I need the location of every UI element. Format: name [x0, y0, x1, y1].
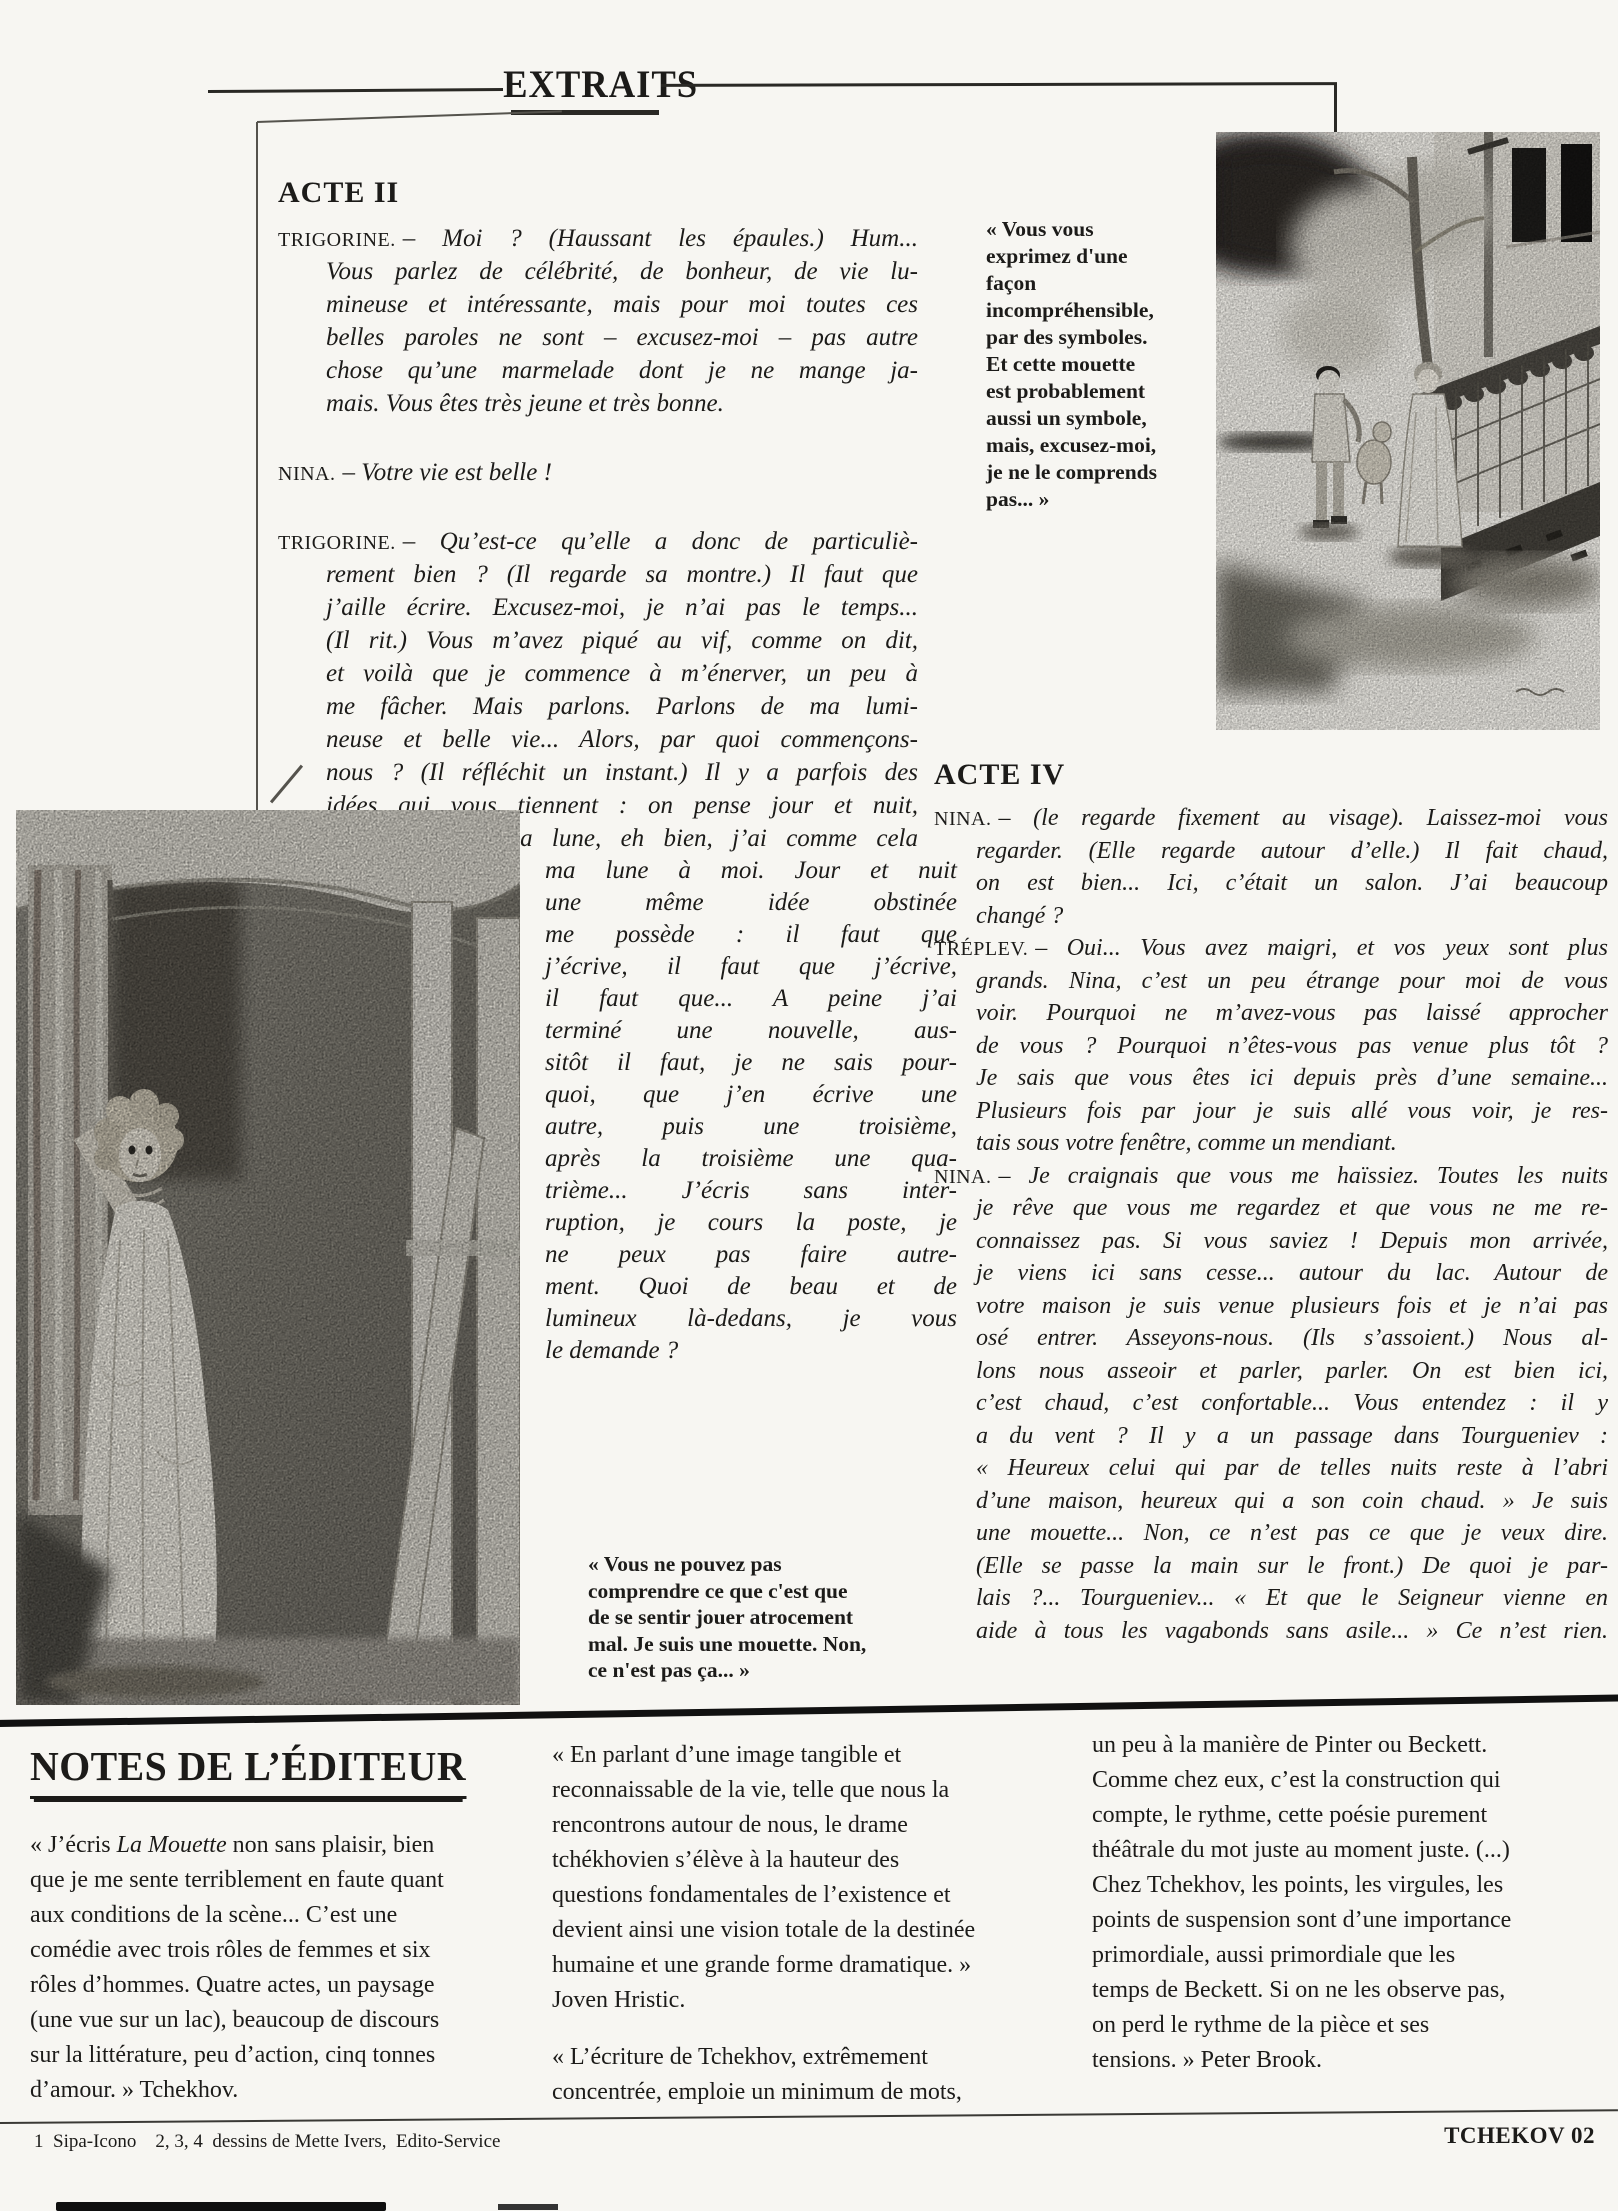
- illustration-top-right-svg: [1216, 132, 1600, 730]
- quote-line: façon: [986, 270, 1211, 297]
- dialogue-line: une mouette... Non, ce n’est pas ce que …: [934, 1517, 1608, 1550]
- scan-edge-bar: [56, 2202, 386, 2211]
- dialogue-line: – (le regarde fixement au visage). Laiss…: [999, 805, 1609, 831]
- notes-line: Chez Tchekhov, les points, les virgules,…: [1092, 1868, 1612, 1903]
- speech-trigorine-2: TRIGORINE.– Qu’est-ce qu’elle a donc de …: [278, 525, 918, 855]
- notes-line: comédie avec trois rôles de femmes et si…: [30, 1933, 530, 1968]
- dialogue-line: neuse et belle vie... Alors, par quoi co…: [278, 723, 918, 756]
- notes-column-2: « En parlant d’une image tangible et rec…: [552, 1738, 1062, 2110]
- dialogue-line: j’aille écrire. Excusez-moi, je n’ai pas…: [278, 591, 918, 624]
- quote-line: pas... »: [986, 486, 1211, 513]
- speaker-name: NINA.: [934, 808, 992, 830]
- notes-line: (une vue sur un lac), beaucoup de discou…: [30, 2003, 530, 2038]
- illustration-two-figures-by-veranda: [1216, 132, 1600, 730]
- notes-line: sur la littérature, peu d’action, cinq t…: [30, 2038, 530, 2073]
- dialogue-line: – Qu’est-ce qu’elle a donc de particuliè…: [403, 528, 918, 555]
- quote-line: aussi un symbole,: [986, 405, 1211, 432]
- footer-rule: [0, 2109, 1618, 2124]
- header-rule-right: [661, 82, 1337, 87]
- dialogue-line: de vous ? Pourquoi n’êtes-vous pas venue…: [934, 1030, 1608, 1063]
- dialogue-line: sitôt il faut, je ne sais pour-: [545, 1047, 957, 1079]
- dialogue-line: – Oui... Vous avez maigri, et vos yeux s…: [1035, 935, 1608, 961]
- notes-line: on perd le rythme de la pièce et ses: [1092, 2008, 1612, 2043]
- speaker-name: TRÉPLEV.: [934, 938, 1028, 960]
- notes-line: un peu à la manière de Pinter ou Beckett…: [1092, 1728, 1612, 1763]
- quote-line: ce n'est pas ça... »: [588, 1657, 928, 1684]
- scan-edge-bar-small: [498, 2204, 558, 2210]
- notes-line: aux conditions de la scène... C’est une: [30, 1898, 530, 1933]
- pull-quote-seagull: « Vous ne pouvez pas comprendre ce que c…: [588, 1551, 928, 1684]
- header-corner-bracket: [1334, 83, 1337, 137]
- dialogue-line: nous ? (Il réfléchit un instant.) Il y a…: [278, 756, 918, 789]
- dialogue-line: – Votre vie est belle !: [343, 459, 552, 486]
- dialogue-line: chose qu’une marmelade dont je ne mange …: [278, 354, 918, 387]
- notes-column-1: « J’écris La Mouette non sans plaisir, b…: [30, 1828, 530, 2108]
- quote-line: mal. Je suis une mouette. Non,: [588, 1631, 928, 1658]
- dialogue-line: mineuse et intéressante, mais pour moi t…: [278, 288, 918, 321]
- dialogue-line: d’une maison, heureux qui a son coin cha…: [934, 1485, 1608, 1518]
- speaker-name: NINA.: [278, 463, 336, 485]
- notes-line: concentrée, emploie un minimum de mots,: [552, 2075, 1062, 2110]
- dialogue-line: tais sous votre fenêtre, comme un mendia…: [934, 1127, 1608, 1160]
- quote-line: je ne le comprends: [986, 459, 1211, 486]
- dialogue-line: lons nous asseoir et parler, parler. On …: [934, 1355, 1608, 1388]
- notes-line: points de suspension sont d’une importan…: [1092, 1903, 1612, 1938]
- notes-text: non sans plaisir, bien: [227, 1832, 435, 1858]
- quote-line: Et cette mouette: [986, 351, 1211, 378]
- dialogue-line: – Moi ? (Haussant les épaules.) Hum...: [403, 225, 918, 252]
- dialogue-line: me fâcher. Mais parlons. Parlons de ma l…: [278, 690, 918, 723]
- dialogue-line: Plusieurs fois par jour je suis allé vou…: [934, 1095, 1608, 1128]
- dialogue-line: « Heureux celui qui par de telles nuits …: [934, 1452, 1608, 1485]
- header-rule-left: [208, 88, 503, 93]
- notes-title: NOTES DE L’ÉDITEUR: [30, 1742, 466, 1799]
- dialogue-line: osé entrer. Asseyons-nous. (Ils s’assoie…: [934, 1322, 1608, 1355]
- quote-line: par des symboles.: [986, 324, 1211, 351]
- notes-line: rencontrons autour de nous, le drame: [552, 1808, 1062, 1843]
- dialogue-line: (Elle se passe la main sur le front.) De…: [934, 1550, 1608, 1583]
- speech-treplev: TRÉPLEV.– Oui... Vous avez maigri, et vo…: [934, 932, 1608, 1160]
- dialogue-line: me possède : il faut que: [545, 919, 957, 951]
- notes-text-italic: La Mouette: [117, 1832, 227, 1858]
- dialogue-line: j’écrive, il faut que j’écrive,: [545, 951, 957, 983]
- quote-line: est probablement: [986, 378, 1211, 405]
- acte4-section: ACTE IV NINA.– (le regarde fixement au v…: [934, 758, 1608, 1647]
- dialogue-line: grands. Nina, c’est un peu étrange pour …: [934, 965, 1608, 998]
- speech-nina-2: NINA.– (le regarde fixement au visage). …: [934, 802, 1608, 932]
- notes-line: tchékhovien s’élève à la hauteur des: [552, 1843, 1062, 1878]
- dialogue-line: changé ?: [934, 900, 1608, 933]
- notes-line: d’amour. » Tchekhov.: [30, 2073, 530, 2108]
- notes-line: humaine et une grande forme dramatique. …: [552, 1948, 1062, 1983]
- speaker-name: TRIGORINE.: [278, 229, 396, 251]
- press-code: TCHEKOV 02: [1390, 2123, 1595, 2149]
- notes-line: « En parlant d’une image tangible et: [552, 1738, 1062, 1773]
- notes-line: tensions. » Peter Brook.: [1092, 2043, 1612, 2078]
- acte2-box-left-border: [256, 122, 258, 812]
- dialogue-line: – Je craignais que vous me haïssiez. Tou…: [999, 1163, 1609, 1189]
- dialogue-line: je viens ici sans cesse... autour du lac…: [934, 1257, 1608, 1290]
- dialogue-line: regarder. (Elle regarde autour d’elle.) …: [934, 835, 1608, 868]
- dialogue-line: ne peux pas faire autre-: [545, 1239, 957, 1271]
- pull-quote-symbols: « Vous vous exprimez d'une façon incompr…: [986, 216, 1211, 513]
- trigorine-speech-continuation: ma lune à moi. Jour et nuit une même idé…: [545, 855, 957, 1367]
- dialogue-line: on est bien... Ici, c’était un salon. J’…: [934, 867, 1608, 900]
- dialogue-line: voir. Pourquoi ne m’avez-vous pas laissé…: [934, 997, 1608, 1030]
- magazine-page: EXTRAITS ACTE II TRIGORINE.– Moi ? (Haus…: [0, 0, 1618, 2211]
- notes-line: devient ainsi une vision totale de la de…: [552, 1913, 1062, 1948]
- quote-line: comprendre ce que c'est que: [588, 1578, 928, 1605]
- notes-line: Joven Hristic.: [552, 1983, 1062, 2018]
- dialogue-line: (Il rit.) Vous m’avez piqué au vif, comm…: [278, 624, 918, 657]
- page-title: EXTRAITS: [503, 62, 663, 107]
- notes-line: questions fondamentales de l’existence e…: [552, 1878, 1062, 1913]
- dialogue-line: après la troisième une qua-: [545, 1143, 957, 1175]
- dialogue-line: quoi, que j’en écrive une: [545, 1079, 957, 1111]
- quote-line: « Vous ne pouvez pas: [588, 1551, 928, 1578]
- speaker-name: TRIGORINE.: [278, 532, 396, 554]
- dialogue-line: lumineux là-dedans, je vous: [545, 1303, 957, 1335]
- notes-line: reconnaissable de la vie, telle que nous…: [552, 1773, 1062, 1808]
- dialogue-line: belles paroles ne sont – excusez-moi – p…: [278, 321, 918, 354]
- dialogue-line: il faut que... A peine j’ai: [545, 983, 957, 1015]
- speech-nina-3: NINA.– Je craignais que vous me haïssiez…: [934, 1160, 1608, 1648]
- acte2-section: ACTE II TRIGORINE.– Moi ? (Haussant les …: [278, 176, 918, 855]
- dialogue-line: connaissez pas. Si vous saviez ! Depuis …: [934, 1225, 1608, 1258]
- dialogue-line: autre, puis une troisième,: [545, 1111, 957, 1143]
- dialogue-line: c’est chaud, c’est confortable... Vous e…: [934, 1387, 1608, 1420]
- notes-line: temps de Beckett. Si on ne les observe p…: [1092, 1973, 1612, 2008]
- dialogue-line: Vous parlez de célébrité, de bonheur, de…: [278, 255, 918, 288]
- speech-nina-1: NINA.– Votre vie est belle !: [278, 456, 918, 489]
- dialogue-line: et voilà que je commence à m’énerver, un…: [278, 657, 918, 690]
- dialogue-line: rement bien ? (Il regarde sa montre.) Il…: [278, 558, 918, 591]
- quote-line: « Vous vous: [986, 216, 1211, 243]
- notes-column-3: un peu à la manière de Pinter ou Beckett…: [1092, 1728, 1612, 2078]
- quote-line: exprimez d'une: [986, 243, 1211, 270]
- notes-line: que je me sente terriblement en faute qu…: [30, 1863, 530, 1898]
- quote-line: mais, excusez-moi,: [986, 432, 1211, 459]
- notes-text: « J’écris: [30, 1832, 117, 1858]
- illustration-woman-on-stage: [16, 810, 520, 1705]
- dialogue-line: je rêve que vous me regardez et que vous…: [934, 1192, 1608, 1225]
- acte2-heading: ACTE II: [278, 176, 918, 214]
- dialogue-line: ruption, je cours la poste, je: [545, 1207, 957, 1239]
- dialogue-line: une même idée obstinée: [545, 887, 957, 919]
- dialogue-line: terminé une nouvelle, aus-: [545, 1015, 957, 1047]
- dialogue-line: mais. Vous êtes très jeune et très bonne…: [278, 387, 918, 420]
- quote-line: de se sentir jouer atrocement: [588, 1604, 928, 1631]
- dialogue-line: le demande ?: [545, 1335, 957, 1367]
- notes-line: primordiale, aussi primordiale que les: [1092, 1938, 1612, 1973]
- dialogue-line: aide à tous les vagabonds sans asile... …: [934, 1615, 1608, 1648]
- speech-trigorine-1: TRIGORINE.– Moi ? (Haussant les épaules.…: [278, 222, 918, 420]
- dialogue-line: trième... J’écris sans inter-: [545, 1175, 957, 1207]
- quote-line: incompréhensible,: [986, 297, 1211, 324]
- notes-line: rôles d’hommes. Quatre actes, un paysage: [30, 1968, 530, 2003]
- dialogue-line: Je sais que vous êtes ici depuis près d’…: [934, 1062, 1608, 1095]
- notes-line: compte, le rythme, cette poésie purement: [1092, 1798, 1612, 1833]
- dialogue-line: ment. Quoi de beau et de: [545, 1271, 957, 1303]
- acte4-heading: ACTE IV: [934, 758, 1608, 796]
- illustration-left-svg: [16, 810, 520, 1705]
- notes-line: « L’écriture de Tchekhov, extrêmement: [552, 2040, 1062, 2075]
- photo-credits: 1 Sipa-Icono 2, 3, 4 dessins de Mette Iv…: [34, 2131, 500, 2153]
- notes-line: théâtrale du mot juste au moment juste. …: [1092, 1833, 1612, 1868]
- dialogue-line: ma lune à moi. Jour et nuit: [545, 855, 957, 887]
- dialogue-line: a du vent ? Il y a un passage dans Tourg…: [934, 1420, 1608, 1453]
- acte2-box-top-border: [257, 110, 562, 123]
- notes-line: Comme chez eux, c’est la construction qu…: [1092, 1763, 1612, 1798]
- speaker-name: NINA.: [934, 1166, 992, 1188]
- dialogue-line: votre maison je suis venue plusieurs foi…: [934, 1290, 1608, 1323]
- dialogue-line: lais ?... Tourgueniev... « Et que le Sei…: [934, 1582, 1608, 1615]
